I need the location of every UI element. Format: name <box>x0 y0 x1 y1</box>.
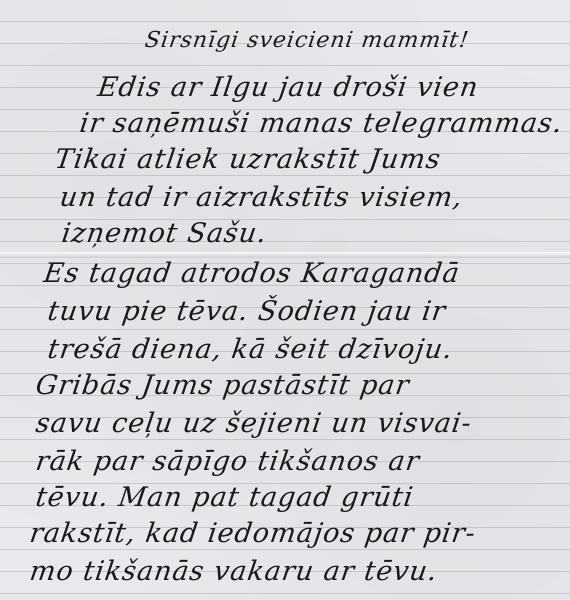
letter-line-1: Edis ar Ilgu jau droši vien <box>96 72 481 103</box>
letter-line-14: mo tikšanās vakaru ar tēvu. <box>28 556 440 587</box>
letter-line-6: Es tagad atrodos Karagandā <box>42 258 462 289</box>
letter-greeting: Sirsnīgi sveicieni mammīt! <box>143 28 471 53</box>
letter-line-4: un tad ir aizrakstīts visiem, <box>58 182 465 213</box>
letter-line-9: Gribās Jums pastāstīt par <box>34 370 412 401</box>
letter-line-11: rāk par sāpīgo tikšanos ar <box>34 446 422 477</box>
letter-line-5: izņemot Sašu. <box>60 218 269 249</box>
letter-line-7: tuvu pie tēva. Šodien jau ir <box>46 296 448 327</box>
letter-line-10: savu ceļu uz šejieni un visvai- <box>34 408 474 439</box>
letter-line-8: trešā diena, kā šeit dzīvoju. <box>46 334 455 365</box>
letter-line-3: Tikai atliek uzrakstīt Jums <box>53 144 443 175</box>
letter-line-2: ir saņēmuši manas telegrammas. <box>78 108 565 139</box>
letter-line-12: tēvu. Man pat tagad grūti <box>34 482 416 513</box>
letter-line-13: rakstīt, kad iedomājos par pir- <box>28 518 478 549</box>
